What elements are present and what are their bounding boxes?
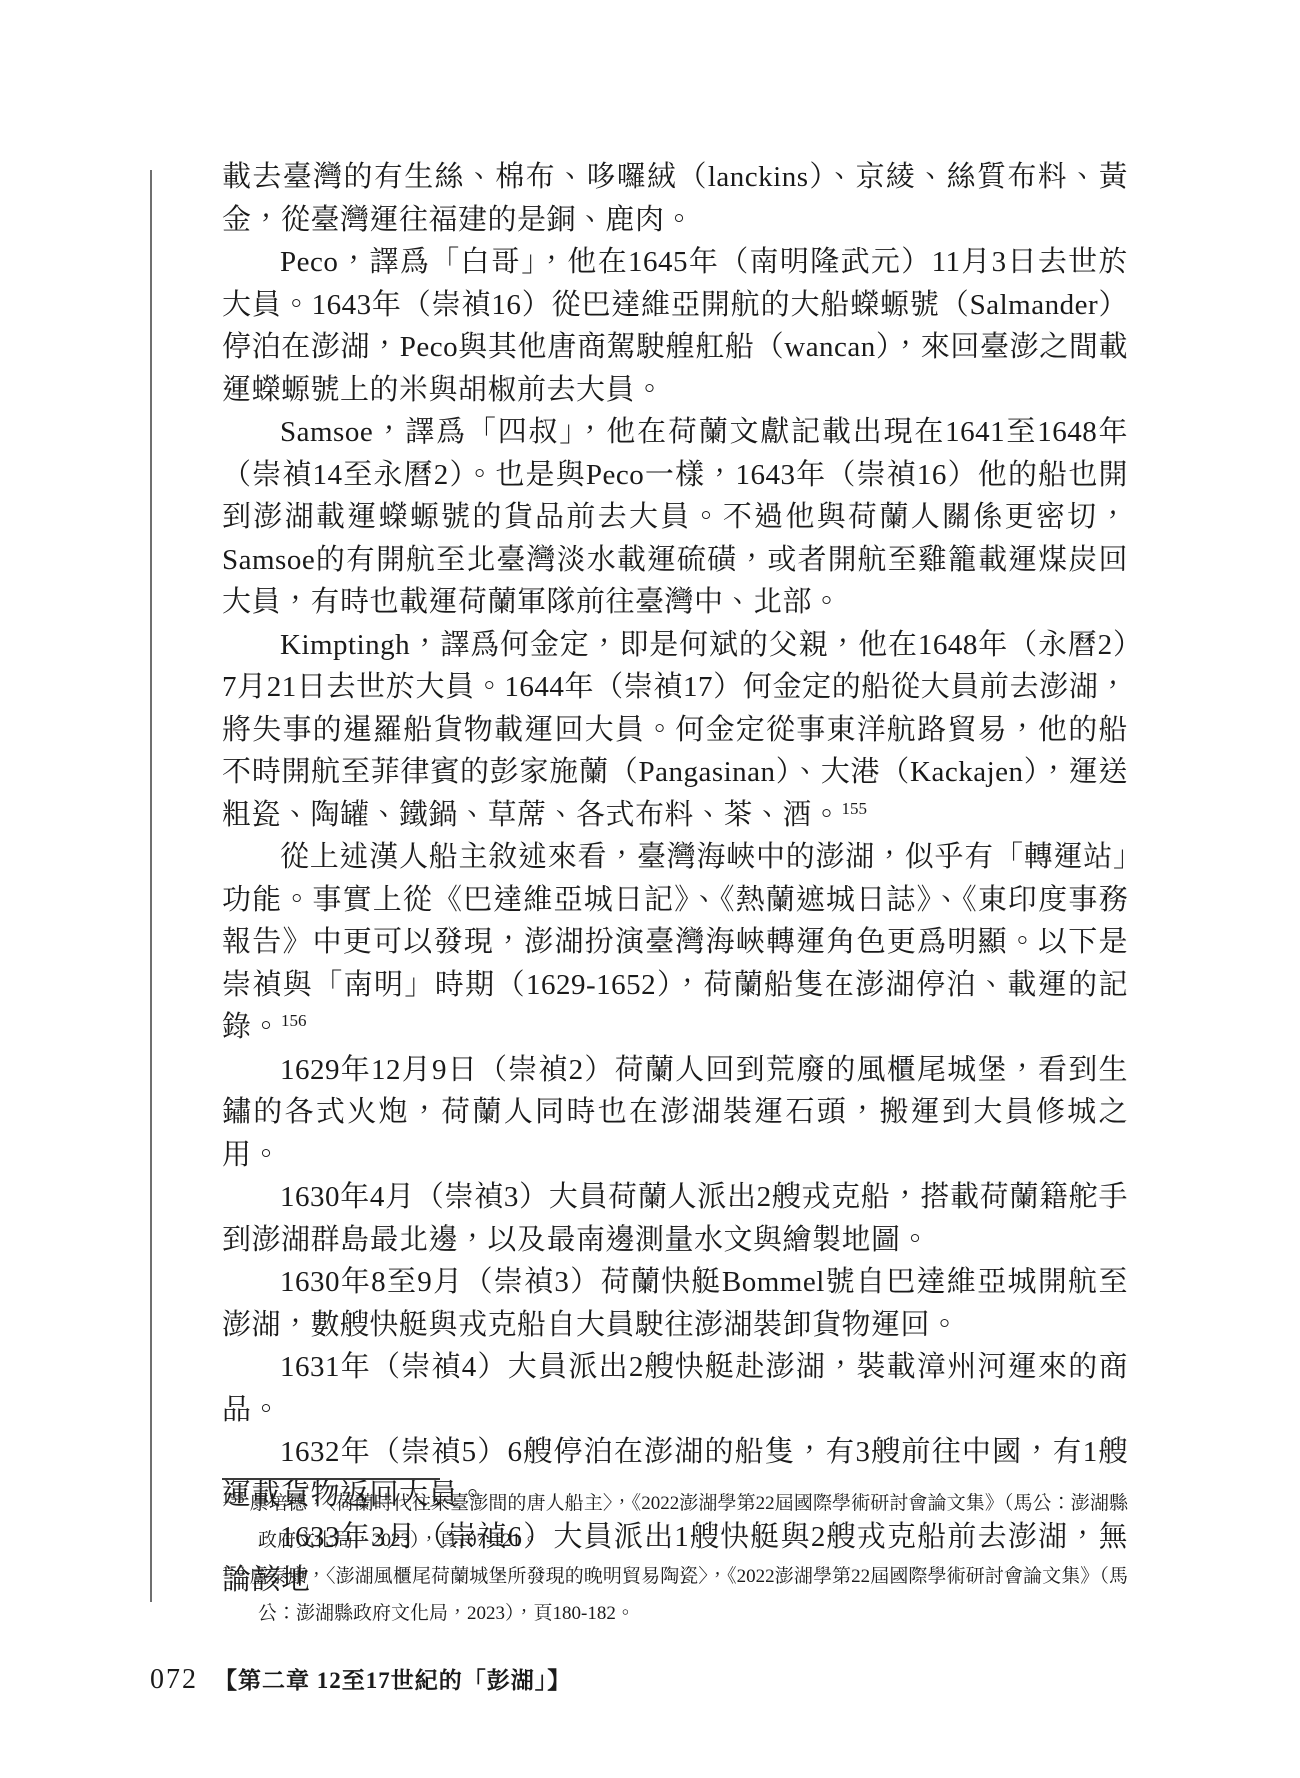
paragraph-text: 載去臺灣的有生絲、棉布、哆囉絨（lanckins）、京綾、絲質布料、黃金，從臺灣… xyxy=(222,161,1128,236)
paragraph: 1631年（崇禎4）大員派出2艘快艇赴澎湖，裝載漳州河運來的商品。 xyxy=(222,1346,1128,1431)
footnote: 156盧泰康，〈澎湖風櫃尾荷蘭城堡所發現的晚明貿易陶瓷〉，《2022澎湖學第22… xyxy=(222,1559,1128,1632)
footnote: 155康培德，〈荷蘭時代往來臺澎間的唐人船主〉，《2022澎湖學第22屆國際學術… xyxy=(222,1486,1128,1559)
footnote-marker: 156 xyxy=(222,1564,250,1580)
footnotes: 155康培德，〈荷蘭時代往來臺澎間的唐人船主〉，《2022澎湖學第22屆國際學術… xyxy=(222,1486,1128,1632)
paragraph: Kimptingh，譯爲何金定，即是何斌的父親，他在1648年（永曆2）7月21… xyxy=(222,624,1128,837)
footnote-text: 康培德，〈荷蘭時代往來臺澎間的唐人船主〉，《2022澎湖學第22屆國際學術研討會… xyxy=(250,1493,1129,1551)
paragraph-text: 1630年8至9月（崇禎3）荷蘭快艇Bommel號自巴達維亞城開航至澎湖，數艘快… xyxy=(222,1266,1128,1341)
page-number: 072 xyxy=(150,1664,198,1696)
chapter-title: 【第二章 12至17世紀的「彭湖」】 xyxy=(214,1662,571,1695)
paragraph: 1629年12月9日（崇禎2）荷蘭人回到荒廢的風櫃尾城堡，看到生鏽的各式火炮，荷… xyxy=(222,1049,1128,1177)
footnote-ref: 156 xyxy=(281,1011,307,1030)
footnote-separator xyxy=(222,1478,440,1480)
paragraph-text: 1631年（崇禎4）大員派出2艘快艇赴澎湖，裝載漳州河運來的商品。 xyxy=(222,1351,1128,1426)
footnote-marker: 155 xyxy=(222,1491,250,1507)
book-page: 載去臺灣的有生絲、棉布、哆囉絨（lanckins）、京綾、絲質布料、黃金，從臺灣… xyxy=(0,0,1300,1778)
left-margin-rule xyxy=(150,170,152,1602)
paragraph-text: Samsoe，譯爲「四叔」，他在荷蘭文獻記載出現在1641至1648年（崇禎14… xyxy=(222,416,1128,618)
paragraph: Peco，譯爲「白哥」，他在1645年（南明隆武元）11月3日去世於大員。164… xyxy=(222,241,1128,411)
footnote-ref: 155 xyxy=(842,799,868,818)
paragraph: 從上述漢人船主敘述來看，臺灣海峽中的澎湖，似乎有「轉運站」功能。事實上從《巴達維… xyxy=(222,836,1128,1049)
paragraph-text: 1629年12月9日（崇禎2）荷蘭人回到荒廢的風櫃尾城堡，看到生鏽的各式火炮，荷… xyxy=(222,1054,1128,1171)
body-text: 載去臺灣的有生絲、棉布、哆囉絨（lanckins）、京綾、絲質布料、黃金，從臺灣… xyxy=(222,156,1128,1601)
paragraph: 1630年8至9月（崇禎3）荷蘭快艇Bommel號自巴達維亞城開航至澎湖，數艘快… xyxy=(222,1261,1128,1346)
page-footer: 072 【第二章 12至17世紀的「彭湖」】 xyxy=(150,1662,571,1696)
paragraph-text: Kimptingh，譯爲何金定，即是何斌的父親，他在1648年（永曆2）7月21… xyxy=(222,629,1128,831)
paragraph: Samsoe，譯爲「四叔」，他在荷蘭文獻記載出現在1641至1648年（崇禎14… xyxy=(222,411,1128,624)
paragraph-text: Peco，譯爲「白哥」，他在1645年（南明隆武元）11月3日去世於大員。164… xyxy=(222,246,1128,406)
footnote-text: 盧泰康，〈澎湖風櫃尾荷蘭城堡所發現的晚明貿易陶瓷〉，《2022澎湖學第22屆國際… xyxy=(250,1566,1129,1624)
paragraph-text: 從上述漢人船主敘述來看，臺灣海峽中的澎湖，似乎有「轉運站」功能。事實上從《巴達維… xyxy=(222,841,1128,1043)
paragraph: 載去臺灣的有生絲、棉布、哆囉絨（lanckins）、京綾、絲質布料、黃金，從臺灣… xyxy=(222,156,1128,241)
paragraph: 1630年4月（崇禎3）大員荷蘭人派出2艘戎克船，搭載荷蘭籍舵手到澎湖群島最北邊… xyxy=(222,1176,1128,1261)
paragraph-text: 1630年4月（崇禎3）大員荷蘭人派出2艘戎克船，搭載荷蘭籍舵手到澎湖群島最北邊… xyxy=(222,1181,1128,1256)
